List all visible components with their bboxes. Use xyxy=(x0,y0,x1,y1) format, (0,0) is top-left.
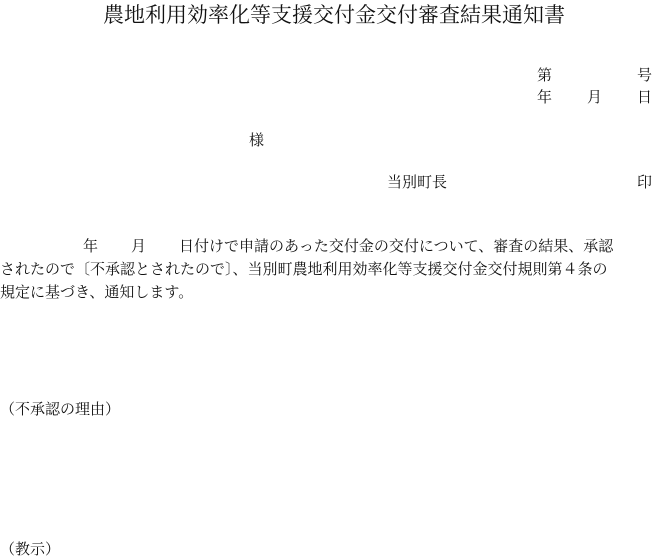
date-year: 年 xyxy=(537,88,552,106)
body-year: 年 xyxy=(83,237,98,255)
issuer-name: 当別町長 xyxy=(387,173,447,191)
document-title: 農地利用効率化等支援交付金交付審査結果通知書 xyxy=(0,2,668,28)
instruction-label: （教示） xyxy=(0,540,60,557)
body-month: 月 xyxy=(131,237,146,255)
date-day: 日 xyxy=(637,88,652,106)
rejection-reason-label: （不承認の理由） xyxy=(0,400,120,418)
body-line-2: されたので〔不承認とされたので〕、当別町農地利用効率化等支援交付金交付規則第４条… xyxy=(0,258,668,281)
issuer-seal: 印 xyxy=(637,173,652,191)
number-prefix: 第 xyxy=(537,66,552,84)
notice-body: 年月日付けで申請のあった交付金の交付について、審査の結果、承認 されたので〔不承… xyxy=(0,235,668,304)
body-line-1-text: 日付けで申請のあった交付金の交付について、審査の結果、承認 xyxy=(179,237,613,255)
number-suffix: 号 xyxy=(637,66,652,84)
recipient-honorific: 様 xyxy=(249,131,264,149)
body-line-1: 年月日付けで申請のあった交付金の交付について、審査の結果、承認 xyxy=(0,235,668,258)
date-month: 月 xyxy=(587,88,602,106)
body-line-3: 規定に基づき、通知します。 xyxy=(0,281,668,304)
